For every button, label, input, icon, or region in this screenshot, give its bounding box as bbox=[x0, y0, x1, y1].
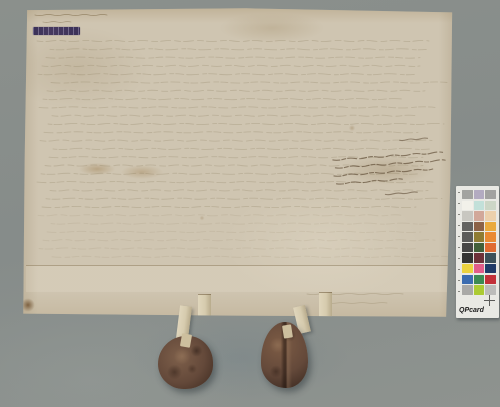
color-patch bbox=[462, 190, 473, 199]
color-patch bbox=[462, 211, 473, 220]
seal-tag-through-plica-right bbox=[319, 292, 332, 322]
color-patch bbox=[474, 232, 485, 241]
color-patch bbox=[485, 243, 496, 252]
ruler-ticks bbox=[458, 192, 460, 294]
photo-stage: QPcard bbox=[0, 0, 500, 407]
color-patch bbox=[474, 211, 485, 220]
color-patch bbox=[474, 275, 485, 284]
color-patch bbox=[485, 232, 496, 241]
qpcard-logo: QPcard bbox=[459, 307, 484, 314]
color-calibration-card: QPcard bbox=[456, 186, 499, 318]
color-patch bbox=[474, 201, 485, 210]
color-patch bbox=[485, 253, 496, 262]
color-patch bbox=[462, 222, 473, 231]
color-patch bbox=[474, 243, 485, 252]
color-patch bbox=[462, 253, 473, 262]
parchment-charter bbox=[22, 8, 453, 318]
color-patch bbox=[462, 201, 473, 210]
color-patch bbox=[474, 285, 485, 294]
qpcard-patch-grid bbox=[462, 190, 496, 295]
handwriting-overlay bbox=[22, 8, 453, 318]
archive-ownership-stamp bbox=[33, 27, 80, 35]
endorsement-note bbox=[332, 137, 447, 199]
color-patch bbox=[462, 232, 473, 241]
crosshair-icon bbox=[484, 295, 495, 306]
color-patch bbox=[462, 264, 473, 273]
charter-body-script bbox=[37, 40, 448, 257]
seal-tag-through-plica-left bbox=[198, 294, 211, 322]
tag-end-over-right-seal bbox=[282, 324, 293, 338]
color-patch bbox=[462, 275, 473, 284]
color-patch bbox=[485, 211, 496, 220]
color-patch bbox=[474, 264, 485, 273]
color-patch bbox=[474, 253, 485, 262]
color-patch bbox=[485, 222, 496, 231]
color-patch bbox=[462, 285, 473, 294]
color-patch bbox=[485, 201, 496, 210]
color-patch bbox=[485, 275, 496, 284]
color-patch bbox=[485, 285, 496, 294]
shelfmark-note bbox=[35, 14, 107, 22]
color-patch bbox=[485, 190, 496, 199]
color-patch bbox=[485, 264, 496, 273]
color-patch bbox=[462, 243, 473, 252]
color-patch bbox=[474, 222, 485, 231]
color-patch bbox=[474, 190, 485, 199]
